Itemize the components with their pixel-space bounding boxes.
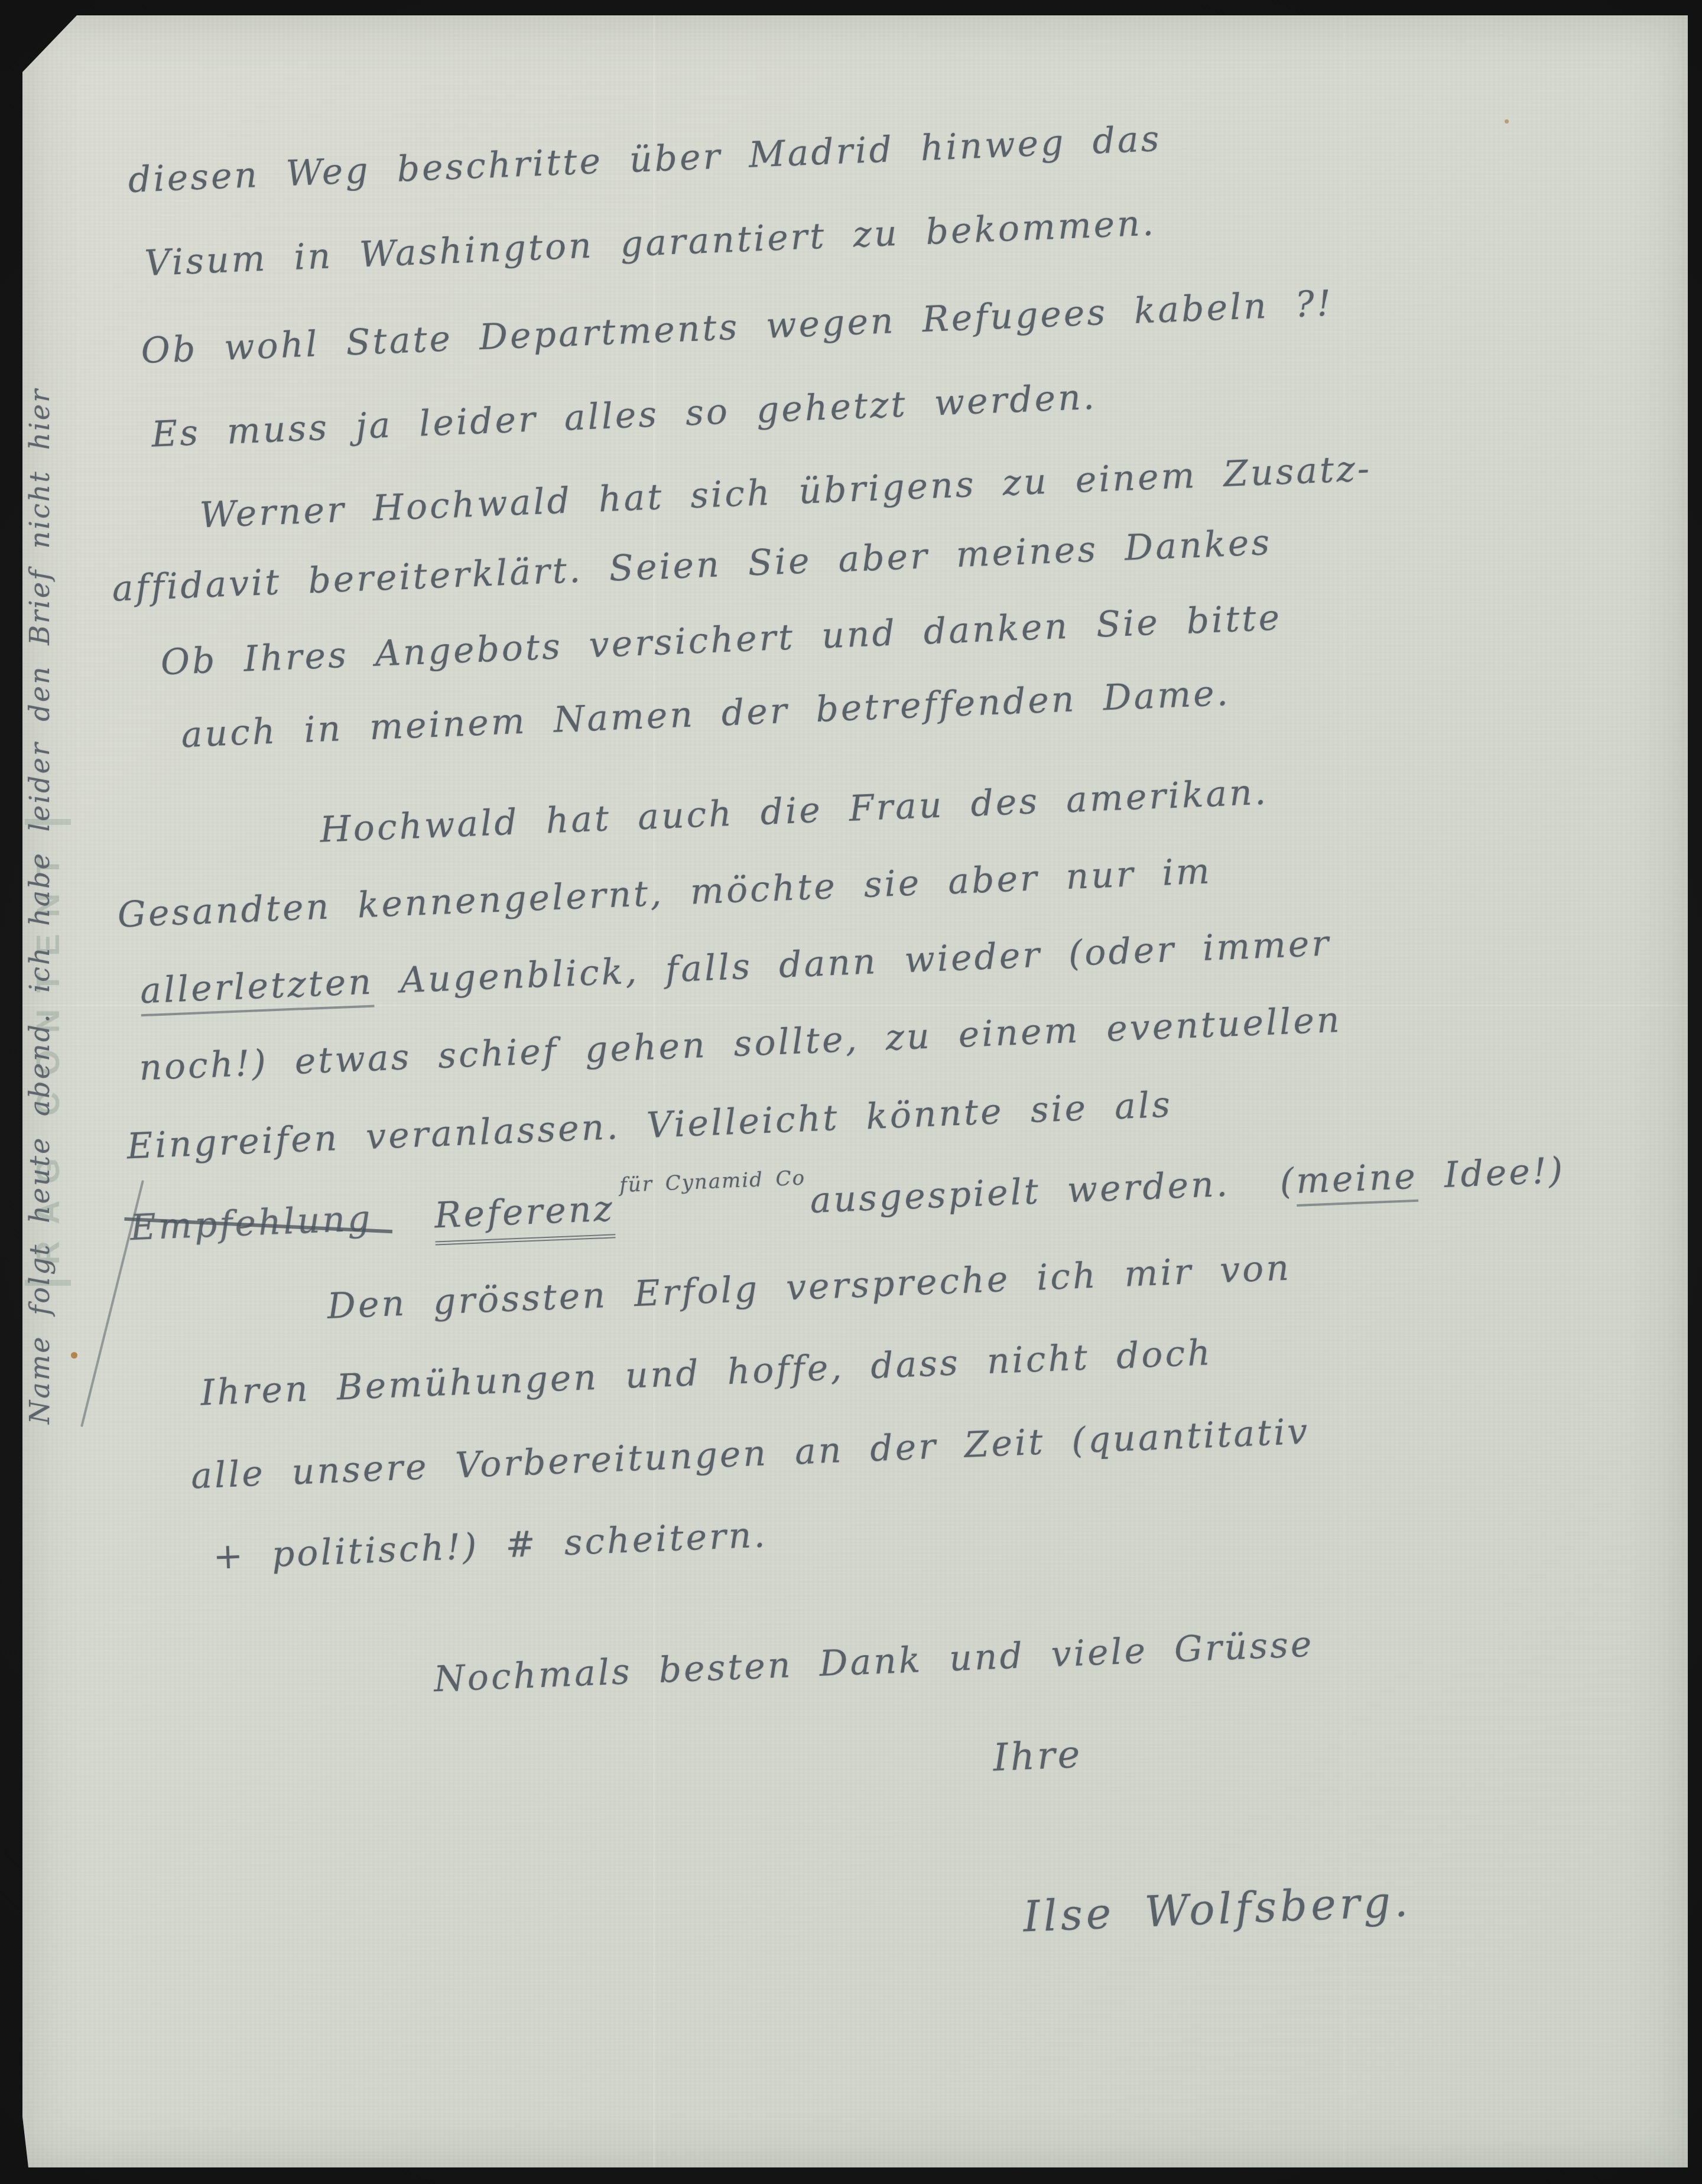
closing-line: Nochmals besten Dank und viele Grüsse bbox=[433, 1624, 1315, 1701]
signature: Ilse Wolfsberg. bbox=[1022, 1876, 1412, 1941]
underlined-word: meine bbox=[1295, 1156, 1419, 1207]
letter-line: Es muss ja leider alles so gehetzt werde… bbox=[151, 376, 1097, 456]
letter-line: Hochwald hat auch die Frau des amerikan. bbox=[319, 771, 1269, 850]
letter-line: Empfehlung Referenzfür Cynamid Coausgesp… bbox=[129, 1150, 1566, 1249]
letter-line: Werner Hochwald hat sich übrigens zu ein… bbox=[199, 448, 1373, 537]
letter-line: Visum in Washington garantiert zu bekomm… bbox=[144, 202, 1157, 284]
letter-body: diesen Weg beschritte über Madrid hinweg… bbox=[0, 0, 1702, 2168]
letter-line: Ob Ihres Angebots versichert und danken … bbox=[160, 597, 1282, 683]
letter-page: RAG CONTENT Name folgt heute abend. ich … bbox=[22, 15, 1688, 2167]
letter-line: alle unsere Vorbereitungen an der Zeit (… bbox=[190, 1411, 1311, 1497]
letter-line: auch in meinem Namen der betreffenden Da… bbox=[180, 672, 1231, 756]
double-underlined-word: Referenz bbox=[434, 1188, 616, 1245]
line-text: ausgespielt werden. bbox=[809, 1163, 1230, 1221]
letter-line: Den grössten Erfolg verspreche ich mir v… bbox=[326, 1247, 1292, 1327]
letter-line: Eingreifen veranlassen. Vielleicht könnt… bbox=[126, 1084, 1173, 1167]
letter-line: diesen Weg beschritte über Madrid hinweg… bbox=[128, 118, 1162, 201]
line-text: Augenblick, falls dann wieder (oder imme… bbox=[372, 922, 1331, 1002]
valediction: Ihre bbox=[992, 1733, 1083, 1780]
letter-line: noch!) etwas schief gehen sollte, zu ein… bbox=[138, 999, 1343, 1089]
letter-line: affidavit bereiterklärt. Seien Sie aber … bbox=[111, 522, 1272, 610]
line-text: Idee!) bbox=[1417, 1150, 1565, 1197]
inserted-superscript: für Cynamid Co bbox=[619, 1166, 805, 1197]
letter-line: Ihren Bemühungen und hoffe, dass nicht d… bbox=[200, 1332, 1213, 1414]
letter-line: allerletzten Augenblick, falls dann wied… bbox=[139, 922, 1332, 1012]
letter-line: Ob wohl State Departments wegen Refugees… bbox=[140, 282, 1334, 372]
letter-line: + politisch!) # scheitern. bbox=[212, 1514, 768, 1578]
crossed-out-word: Empfehlung bbox=[129, 1198, 373, 1249]
parenthesis-open: ( bbox=[1279, 1161, 1297, 1202]
letter-line: Gesandten kennengelernt, möchte sie aber… bbox=[117, 850, 1213, 935]
underlined-word: allerletzten bbox=[139, 961, 375, 1016]
